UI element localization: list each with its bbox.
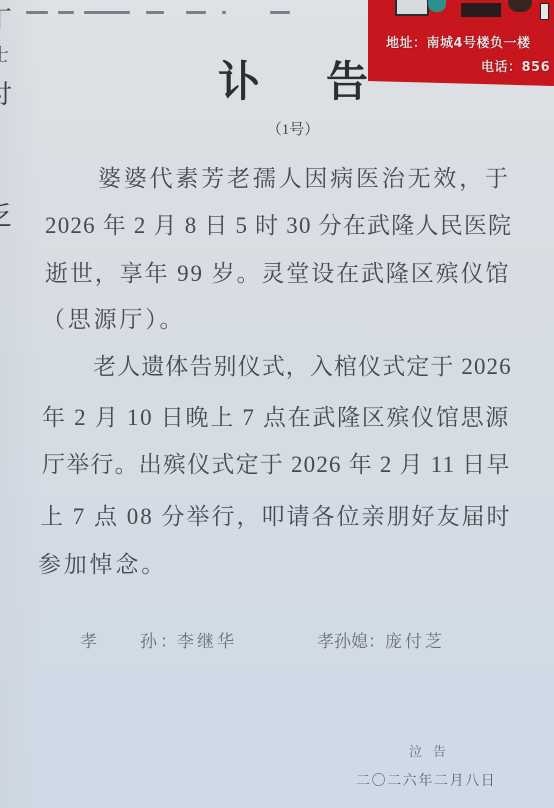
body-line: 逝世，享年 99 岁。灵堂设在武隆区殡仪馆 (45, 259, 510, 289)
ad-image-icon (395, 0, 429, 16)
red-ad-sticker: 地址：南城4号楼负一楼 电话：856 (368, 0, 554, 86)
fragment-char: 丁 (0, 8, 12, 34)
signatory-name: 庞付芝 (385, 632, 445, 651)
signatory-separator: ： (368, 632, 385, 651)
signatory-role: 孝 孙 (80, 632, 160, 651)
signatory-separator: ： (160, 632, 177, 651)
fragment-char: ▌ (0, 162, 6, 188)
signatory-name: 李继华 (177, 632, 237, 651)
notice-date: 二〇二六年二月八日 (356, 774, 496, 790)
fragment-char: 士 (0, 42, 9, 68)
body-line: 老人遗体告别仪式，入棺仪式定于 2026 (93, 352, 512, 382)
fragment-char: 乏 (0, 204, 12, 230)
body-line: 2026 年 2 月 8 日 5 时 30 分在武隆人民医院 (45, 211, 512, 241)
body-line: 年 2 月 10 日晚上 7 点在武隆区殡仪馆思源 (42, 403, 510, 433)
signatory-granddaughter-in-law: 孝孙媳：庞付芝 (317, 631, 445, 653)
closing-phrase: 泣告 (409, 744, 457, 760)
ad-address: 地址：南城4号楼负一楼 (386, 32, 531, 51)
signatory-role: 孝孙媳 (317, 632, 368, 651)
adjacent-notice-fragment: 丁 士 付 ▌ · 乏 (0, 0, 40, 808)
ad-image-icon (540, 3, 549, 20)
notice-number: （1号） (263, 121, 323, 139)
fragment-char: 付 (0, 82, 12, 108)
notice-title-char-1: 讣 (218, 62, 260, 104)
ad-image-icon (428, 0, 446, 12)
body-line: 参加悼念。 (38, 550, 167, 580)
signatory-grandson: 孝 孙：李继华 (80, 631, 237, 653)
ad-image-icon (461, 3, 501, 17)
body-line: 上 7 点 08 分举行，叩请各位亲朋好友届时 (40, 502, 512, 532)
notice-title-char-2: 告 (326, 62, 368, 104)
body-line: 厅举行。出殡仪式定于 2026 年 2 月 11 日早 (42, 450, 511, 480)
body-line: 婆婆代素芳老孺人因病医治无效，于 (98, 164, 511, 194)
ad-image-icon (508, 0, 532, 12)
ad-phone: 电话：856 (481, 56, 550, 75)
body-line: （思源厅）。 (42, 305, 185, 335)
